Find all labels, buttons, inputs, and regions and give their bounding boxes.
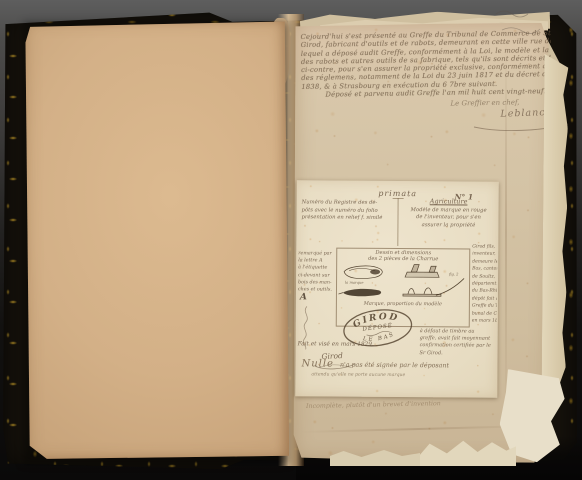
drawing-box-title: Dessin et dimensions des 2 pièces de la … [337, 250, 469, 264]
margin-line: Bas, canton [472, 266, 497, 274]
insert-right-column: Agriculture Modèle de marque en rouge de… [403, 198, 493, 230]
margin-line: Greffe du Tri- [472, 303, 497, 311]
nulle-annotation: Nulle n'a pas été signée par le déposant [301, 358, 493, 370]
margin-line: dépôt fait au [472, 295, 497, 303]
plough-tool-sketches: la marque fig. 2 [337, 263, 469, 300]
margin-line: Girod fils, [472, 244, 497, 252]
column-line: assurer la propriété [403, 222, 493, 230]
margin-line: bunal de Come. [472, 310, 497, 318]
archival-book-scan: Cejourd'hui s'est présenté au Greffe du … [0, 0, 582, 480]
figure-label-right: fig. 2 [448, 272, 459, 276]
left-page-blank [25, 19, 289, 460]
insert-right-margin-notes: Girod fils, inventeur, demeure le Bas, c… [472, 244, 498, 326]
foot-note-line: Sr Girod. [420, 350, 496, 358]
margin-line: inventeur, [472, 251, 497, 259]
nulle-sub-annotation: attendu qu'elle ne porte aucune marque [311, 372, 405, 378]
insert-left-margin-notes: remarqué par la lettre A à l'étiquette c… [298, 250, 336, 293]
margin-line: départemt. [472, 281, 497, 289]
insert-left-column: Numéro du Registre des dé- pôts avec le … [301, 199, 394, 222]
margin-line: de Soultz, [472, 273, 497, 281]
nulle-text: n'a pas été signée par le déposant [340, 362, 449, 370]
page-crease [505, 40, 507, 420]
insert-foot-note: à défaut de timbre au greffe, avait fait… [420, 328, 496, 357]
column-line: présentation en relief f. similé [301, 215, 394, 223]
registry-entry-paragraph: Cejourd'hui s'est présenté au Greffe du … [300, 29, 551, 99]
margin-line: en mars 1829. [472, 318, 497, 326]
margin-line: du Bas-Rhin, [472, 288, 497, 296]
figure-label-left: la marque [345, 281, 363, 285]
margin-line: demeure le [472, 258, 497, 266]
nulle-word: Nulle [301, 358, 334, 369]
insert-date-line: Fait et visé en mars 1829. [298, 341, 374, 348]
agriculture-heading: Agriculture [404, 198, 494, 206]
letter-a-mark: A [300, 292, 307, 302]
deposit-form-insert: primata N° 1 Numéro du Registre des dé- … [295, 180, 499, 397]
